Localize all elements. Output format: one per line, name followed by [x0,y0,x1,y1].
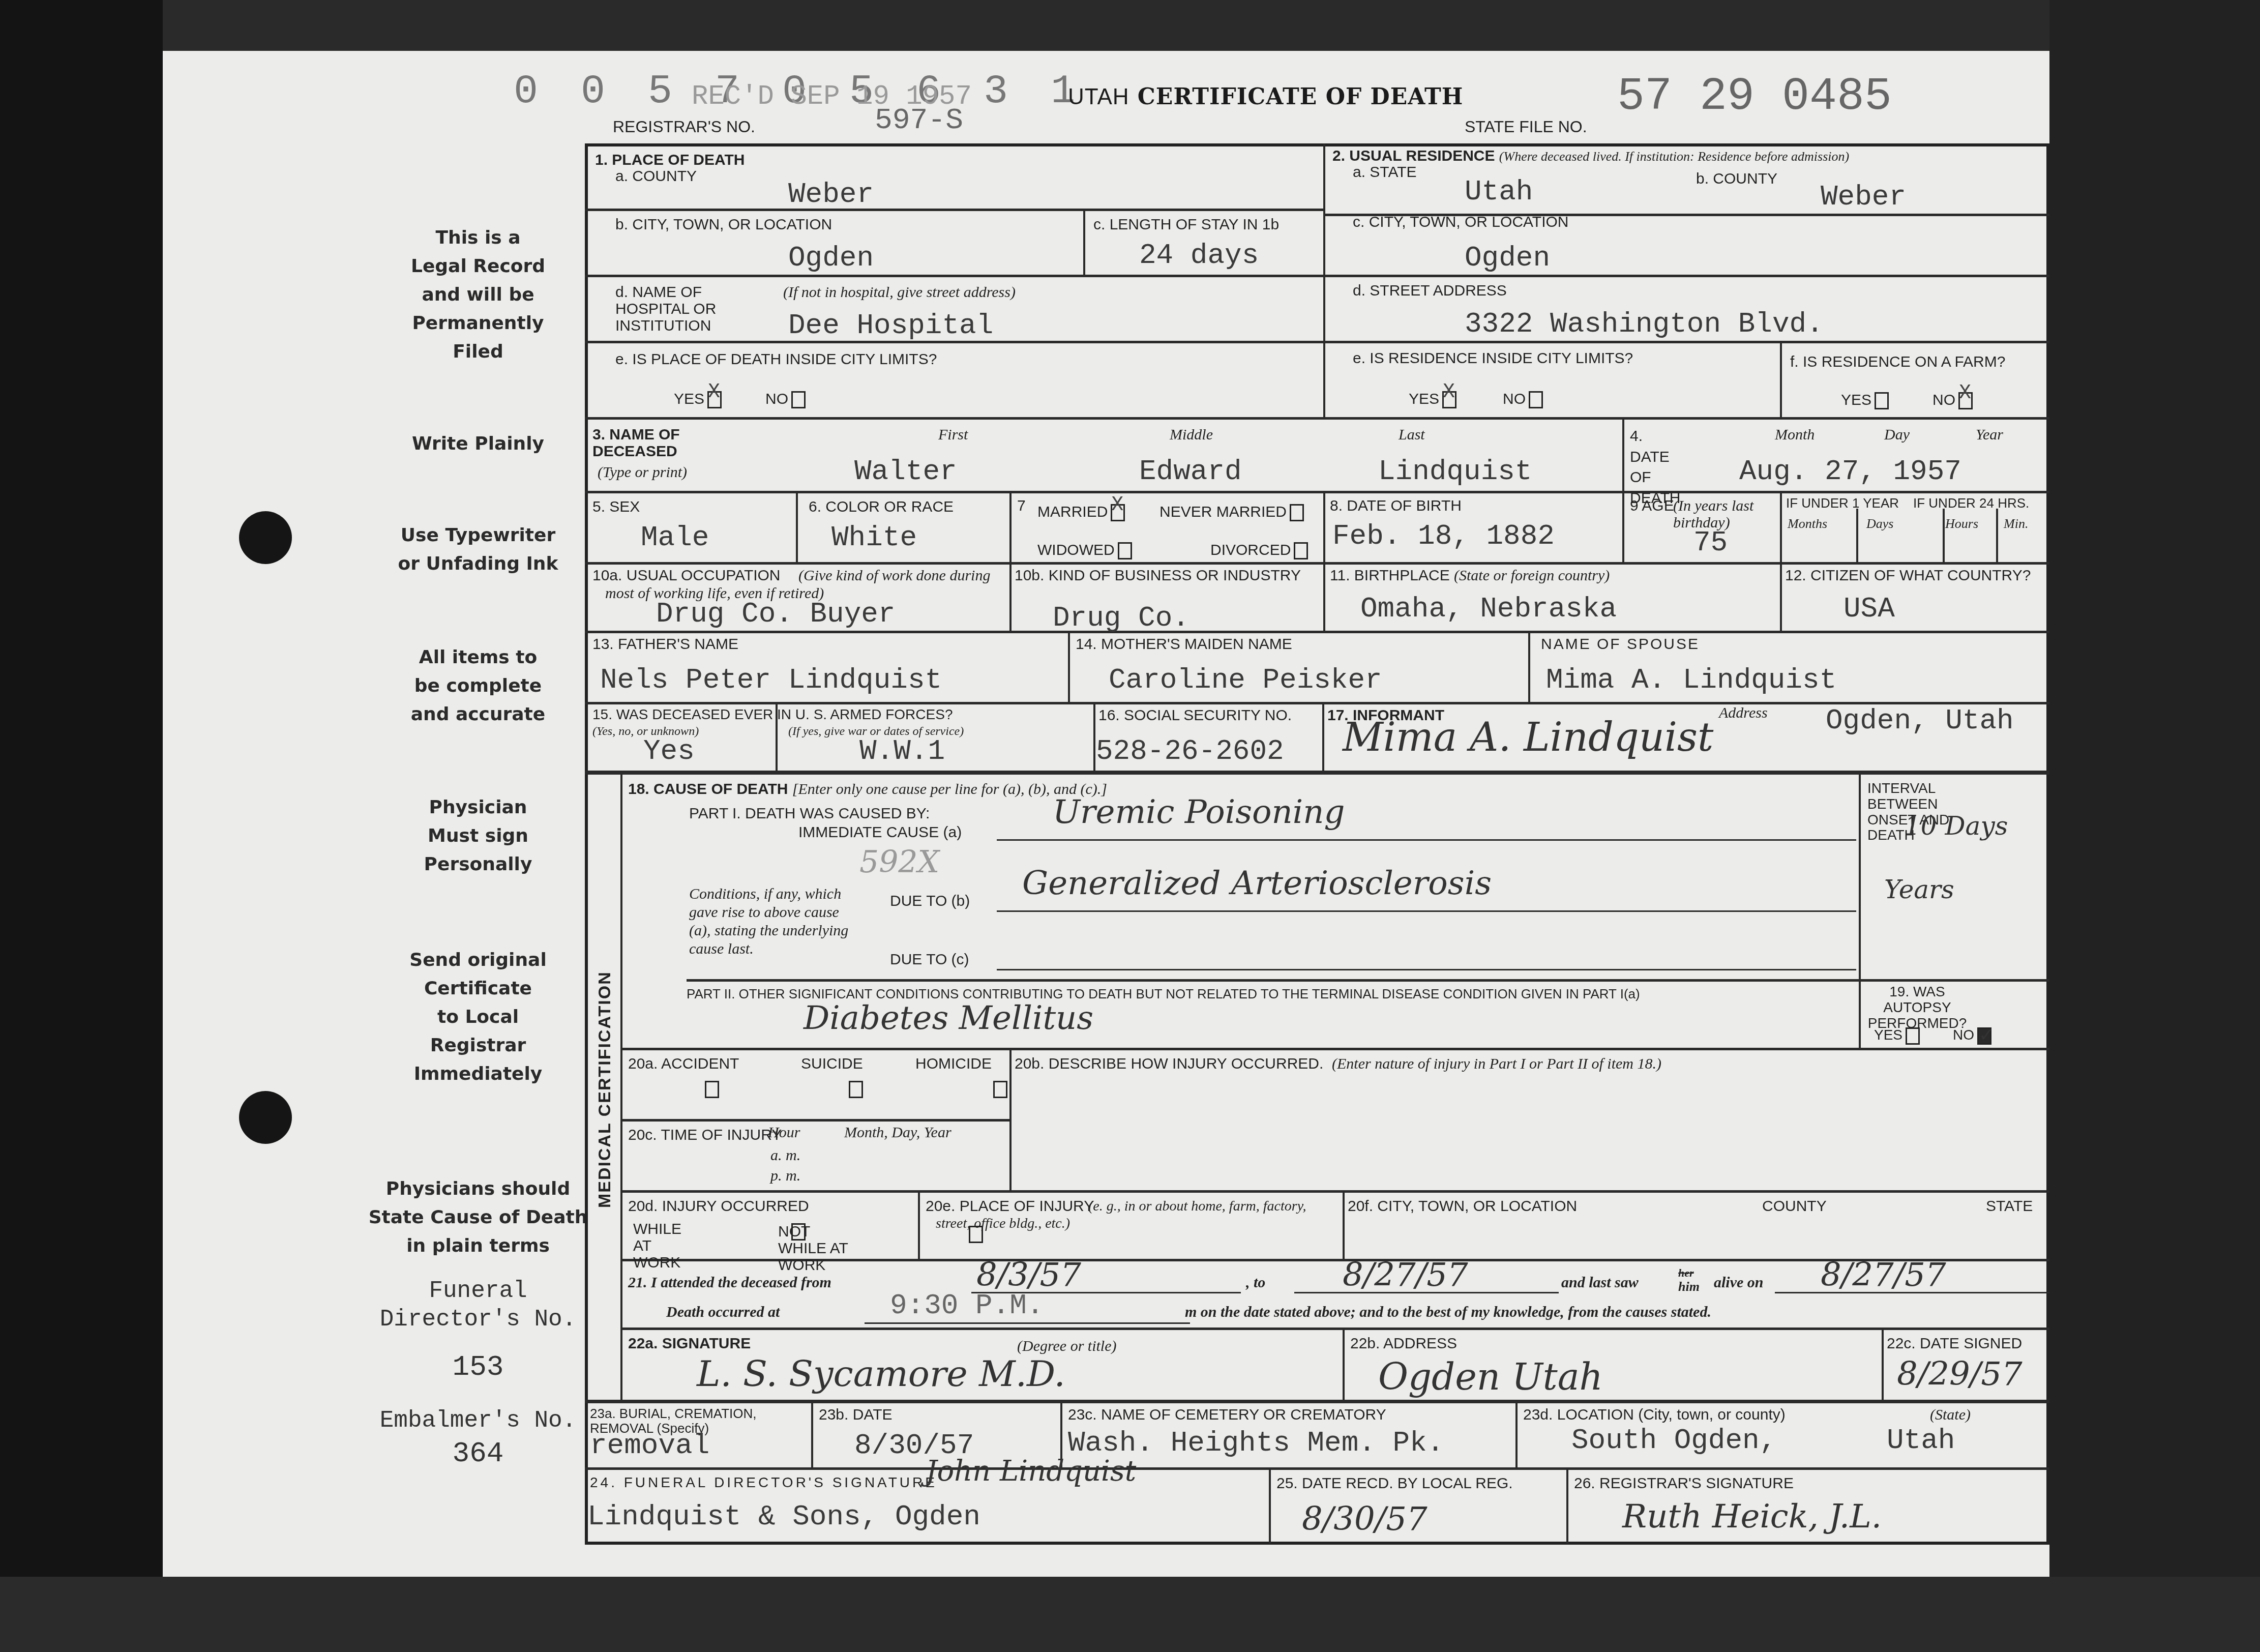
margin-note-write-plainly: Write Plainly [366,430,590,458]
date-of-death: Aug. 27, 1957 [1739,455,1961,488]
injury-state-label: STATE [1986,1198,2033,1215]
rule [1856,509,1858,562]
rule [1859,773,1861,1050]
punch-hole-icon [239,1091,292,1144]
mother-label: 14. MOTHER'S MAIDEN NAME [1076,636,1292,653]
rule [585,771,2049,775]
rule [1009,1048,1012,1190]
occupation: Drug Co. Buyer [656,598,895,630]
hours-label: Hours [1945,516,1978,532]
rule [620,1190,2049,1193]
immediate-cause: Uremic Poisoning [1053,793,1345,831]
rule [1996,509,1998,562]
checkbox-checked-icon[interactable] [1111,504,1125,521]
place-of-injury-hint: (e. g., in or about home, farm, factory,… [936,1198,1332,1232]
residence-inside-city-no[interactable]: NO [1503,391,1543,408]
ssn-label: 16. SOCIAL SECURITY NO. [1098,707,1292,724]
funeral-director: Lindquist & Sons, Ogden [587,1500,980,1533]
occupation-hint: (Give kind of work done during most of w… [605,567,997,602]
armed-forces-label: 15. WAS DECEASED EVER IN U. S. ARMED FOR… [592,707,953,723]
checkbox-icon[interactable] [1290,504,1304,521]
rule [1323,143,1325,418]
mother-name: Caroline Peisker [1109,664,1382,696]
checkbox-checked-icon[interactable] [707,391,722,408]
residence-farm-yes[interactable]: YES [1841,392,1889,409]
rule [1093,702,1095,773]
due-to-b: Generalized Arteriosclerosis [1022,865,1492,902]
rule [997,969,1856,970]
attended-to-label: , to [1246,1274,1265,1291]
alive-on-label: alive on [1714,1274,1764,1291]
registrar-signature: Ruth Heick, J.L. [1622,1498,1882,1536]
rule [811,1401,813,1467]
cause-of-death-label: 18. CAUSE OF DEATH [Enter only one cause… [628,781,1107,798]
part1-label: PART I. DEATH WAS CAUSED BY: [689,805,930,822]
disposition-state: Utah [1887,1424,1955,1457]
cause-code-annotation: 592X [859,844,939,880]
age: 75 [1693,526,1728,559]
am-label: a. m. [770,1147,800,1164]
accident-label: 20a. ACCIDENT [628,1055,739,1072]
hospital-label: d. NAME OF HOSPITAL OR INSTITUTION [615,284,716,334]
rule [585,562,2049,565]
hospital-name: Dee Hospital [788,309,993,342]
degree-label: (Degree or title) [1017,1338,1116,1355]
residence-state-label: a. STATE [1353,164,1417,181]
disposition-location: South Ogden, [1571,1424,1776,1457]
rule [997,910,1856,912]
disposition-date-label: 23b. DATE [819,1406,893,1423]
date-recd-label: 25. DATE RECD. BY LOCAL REG. [1276,1475,1513,1492]
citizen: USA [1843,593,1895,625]
residence-inside-city-label: e. IS RESIDENCE INSIDE CITY LIMITS? [1353,350,1633,367]
injury-occurred-label: 20d. INJURY OCCURRED [628,1198,809,1215]
months-label: Months [1788,516,1827,532]
sex-label: 5. SEX [592,498,640,515]
time-of-injury-label: 20c. TIME OF INJURY [628,1127,782,1143]
business: Drug Co. [1053,602,1190,634]
rule [1343,1327,1345,1401]
residence-county: Weber [1821,181,1906,213]
rule [1528,631,1530,702]
birthplace-label: 11. BIRTHPLACE (State or foreign country… [1330,567,1610,584]
street-address-label: d. STREET ADDRESS [1353,282,1507,299]
date-signed: 8/29/57 [1897,1355,2023,1393]
physician-address-label: 22b. ADDRESS [1350,1335,1457,1352]
rule [1622,417,1624,491]
last-name: Lindquist [1378,455,1532,488]
date-signed-label: 22c. DATE SIGNED [1887,1335,2022,1352]
rule [620,1327,2049,1330]
homicide-label: HOMICIDE [915,1055,992,1072]
place-of-death-label: 1. PLACE OF DEATH [595,152,745,168]
length-of-stay-label: c. LENGTH OF STAY IN 1b [1093,216,1279,233]
checkbox-checked-icon[interactable] [1958,392,1973,409]
first-name: Walter [854,455,957,488]
not-while-at-work-label: NOT WHILE AT WORK [778,1223,849,1274]
min-label: Min. [2004,516,2028,532]
margin-note-complete: All items to be complete and accurate [366,643,590,729]
embalmer-no: 364 [356,1439,600,1468]
checkbox-icon[interactable] [1529,391,1543,408]
rule [865,1322,1190,1324]
attended-to: 8/27/57 [1343,1256,1468,1294]
war-service: W.W.1 [859,735,945,768]
days-label: Days [1866,516,1893,532]
interval-b: Years [1884,875,1954,904]
rule [1009,491,1012,633]
location-label: 23d. LOCATION (City, town, or county) [1523,1406,1786,1423]
checkbox-icon[interactable] [1294,542,1308,559]
rule [1294,1292,1559,1293]
father-name: Nels Peter Lindquist [600,664,942,696]
death-time-label: Death occurred at [666,1304,780,1321]
race-label: 6. COLOR OR RACE [809,498,954,515]
rule [585,209,1325,211]
rule [1775,1292,2049,1293]
dod-month-label: Month [1775,426,1815,444]
rule [585,1400,2049,1403]
hospital-hint: (If not in hospital, give street address… [783,284,1016,301]
pronoun-him: him [1678,1279,1700,1294]
date-of-death-label: 4. DATE OF DEATH [1630,426,1681,509]
citizen-label: 12. CITIZEN OF WHAT COUNTRY? [1785,567,2031,584]
margin-note-legal-record: This is a Legal Record and will be Perma… [366,224,590,366]
funeral-director-label: 24. FUNERAL DIRECTOR'S SIGNATURE [590,1475,937,1491]
never-married-option[interactable]: NEVER MARRIED [1159,504,1304,521]
residence-city-label: c. CITY, TOWN, OR LOCATION [1353,214,1569,230]
under-1-year-label: IF UNDER 1 YEAR [1786,496,1899,511]
residence-farm-no[interactable]: NO [1932,392,1973,409]
residence-farm-label: f. IS RESIDENCE ON A FARM? [1790,353,2005,370]
attended-from-label: 21. I attended the deceased from [628,1274,831,1291]
rule [620,1048,2049,1050]
birthplace: Omaha, Nebraska [1360,593,1617,625]
residence-city: Ogden [1465,242,1550,274]
immediate-cause-label: IMMEDIATE CAUSE (a) [798,824,962,841]
alive-on: 8/27/57 [1821,1256,1946,1294]
checkbox-checked-icon[interactable] [1442,391,1456,408]
spouse-name: Mima A. Lindquist [1546,664,1836,696]
injury-city-label: 20f. CITY, TOWN, OR LOCATION [1348,1198,1577,1215]
business-label: 10b. KIND OF BUSINESS OR INDUSTRY [1015,567,1301,584]
accident-checkbox[interactable] [705,1081,719,1098]
physician-address: Ogden Utah [1378,1355,1603,1398]
funeral-director-signature: John Lindquist [926,1455,1136,1488]
deceased-name-label: 3. NAME OF DECEASED [592,426,684,460]
medical-certification-label: MEDICAL CERTIFICATION [595,971,615,1208]
location-state-label: (State) [1930,1406,1971,1424]
last-saw-label: and last saw [1561,1274,1639,1291]
part2-conditions: Diabetes Mellitus [804,999,1093,1037]
first-name-label: First [938,426,968,444]
cemetery-label: 23c. NAME OF CEMETERY OR CREMATORY [1068,1406,1386,1423]
residence-county-label: b. COUNTY [1696,170,1777,187]
rule [620,1119,1009,1122]
date-recd: 8/30/57 [1302,1500,1428,1538]
rule [1566,1467,1568,1544]
length-of-stay: 24 days [1139,239,1259,272]
rule [585,417,2049,420]
dod-year-label: Year [1976,426,2003,444]
suicide-label: SUICIDE [801,1055,863,1072]
due-to-c-label: DUE TO (c) [890,951,969,968]
due-to-b-label: DUE TO (b) [890,893,970,909]
hour-label: Hour [768,1124,800,1141]
conditions-hint: Conditions, if any, which gave rise to a… [689,885,852,958]
injury-county-label: COUNTY [1762,1198,1827,1215]
physician-signature-label: 22a. SIGNATURE [628,1335,751,1352]
embalmer-no-label: Embalmer's No. [356,1406,600,1435]
rule [1343,1190,1345,1259]
informant-address: Ogden, Utah [1826,704,2014,737]
rule [796,491,798,562]
rule [1083,209,1085,275]
dod-day-label: Day [1884,426,1910,444]
funeral-director-no-label: Funeral Director's No. [356,1277,600,1334]
mdy-label: Month, Day, Year [844,1124,951,1141]
margin-note-typewriter: Use Typewriter or Unfading Ink [366,521,590,578]
rule [585,491,2049,493]
usual-residence-label: 2. USUAL RESIDENCE (Where deceased lived… [1332,147,1849,164]
death-statement: m on the date stated above; and to the b… [1185,1304,1711,1321]
rule [1322,702,1324,773]
rule [585,1467,2049,1470]
race: White [831,521,917,554]
rule [997,839,1856,841]
checkbox-icon[interactable] [1875,392,1889,409]
death-inside-city-no[interactable]: NO [765,391,806,408]
rule [687,979,2049,982]
scan-background-bottom [0,1577,2260,1652]
rule [1780,491,1782,633]
under-24-hrs-label: IF UNDER 24 HRS. [1913,496,2029,511]
pm-label: p. m. [770,1167,800,1185]
rule [620,773,622,1401]
checkbox-icon[interactable] [1118,542,1132,559]
married-option[interactable]: MARRIED [1037,504,1125,521]
father-label: 13. FATHER'S NAME [592,636,738,653]
disposition-method: removal [590,1429,709,1462]
rule [918,1190,920,1259]
interval-a: 10 Days [1905,811,2008,841]
rule [585,631,2049,633]
middle-name: Edward [1139,455,1242,488]
death-city: Ogden [788,242,874,274]
checkbox-icon[interactable] [1906,1027,1920,1045]
residence-inside-city-yes[interactable]: YES [1409,391,1456,408]
rule [1515,1401,1518,1467]
certificate-title: UTAH CERTIFICATE OF DEATH [1068,84,1463,110]
death-inside-city-yes[interactable]: YES [674,391,722,408]
rule [1943,509,1945,562]
ssn: 528-26-2602 [1096,735,1284,768]
homicide-checkbox[interactable] [993,1081,1007,1098]
informant-address-label: Address [1719,704,1768,722]
rule [1780,341,1782,417]
scan-background-right [2049,0,2260,1652]
sex: Male [641,521,709,554]
registrar-no: 597-S [875,104,963,137]
state-file-no: 57 29 0485 [1617,71,1892,123]
margin-note-physician-sign: Physician Must sign Personally [366,793,590,879]
autopsy-no[interactable]: NO [1953,1027,1991,1045]
county-label: a. COUNTY [615,168,697,185]
death-inside-city-label: e. IS PLACE OF DEATH INSIDE CITY LIMITS? [615,351,937,368]
autopsy-label: 19. WAS AUTOPSY PERFORMED? [1866,984,1968,1031]
spouse-label: NAME OF SPOUSE [1541,636,1700,653]
rule [1068,631,1070,702]
rule [1882,1327,1884,1401]
age-label: 9 AGE [1630,497,1674,514]
date-of-birth: Feb. 18, 1882 [1332,520,1555,552]
city-label: b. CITY, TOWN, OR LOCATION [615,216,832,233]
attended-from: 8/3/57 [976,1256,1081,1294]
residence-state: Utah [1465,175,1533,208]
death-time: 9:30 P.M. [890,1289,1044,1322]
armed-forces: Yes [643,735,695,768]
checkbox-checked-icon[interactable] [1977,1027,1991,1045]
scan-background-left [0,0,163,1652]
funeral-director-no: 153 [356,1353,600,1381]
state-file-no-label: STATE FILE NO. [1465,118,1587,136]
death-county: Weber [788,178,874,211]
rule [1622,491,1624,562]
street-address: 3322 Washington Blvd. [1465,308,1824,340]
date-of-birth-label: 8. DATE OF BIRTH [1330,497,1462,514]
widowed-option[interactable]: WIDOWED [1037,542,1132,559]
middle-name-label: Middle [1170,426,1213,444]
rule [585,275,2049,277]
checkbox-icon[interactable] [791,391,806,408]
last-name-label: Last [1399,426,1425,444]
registrar-no-label: REGISTRAR'S NO. [613,118,755,136]
marital-number: 7 [1017,497,1026,514]
autopsy-yes[interactable]: YES [1874,1027,1920,1045]
divorced-option[interactable]: DIVORCED [1210,542,1308,559]
punch-hole-icon [239,511,292,564]
margin-note-send-original: Send original Certificate to Local Regis… [366,946,590,1088]
suicide-checkbox[interactable] [849,1081,863,1098]
registrar-signature-label: 26. REGISTRAR'S SIGNATURE [1574,1475,1794,1492]
physician-signature: L. S. Sycamore M.D. [697,1353,1065,1395]
deceased-name-hint: (Type or print) [598,464,687,481]
describe-injury-label: 20b. DESCRIBE HOW INJURY OCCURRED. (Ente… [1015,1055,1661,1072]
rule [1269,1467,1271,1544]
margin-note-plain-terms: Physicians should State Cause of Death i… [356,1175,600,1260]
pronoun-her: her [1678,1266,1694,1280]
rule [1323,491,1325,633]
while-at-work-label: WHILE AT WORK [633,1221,689,1271]
informant-signature: Mima A. Lindquist [1343,715,1713,760]
